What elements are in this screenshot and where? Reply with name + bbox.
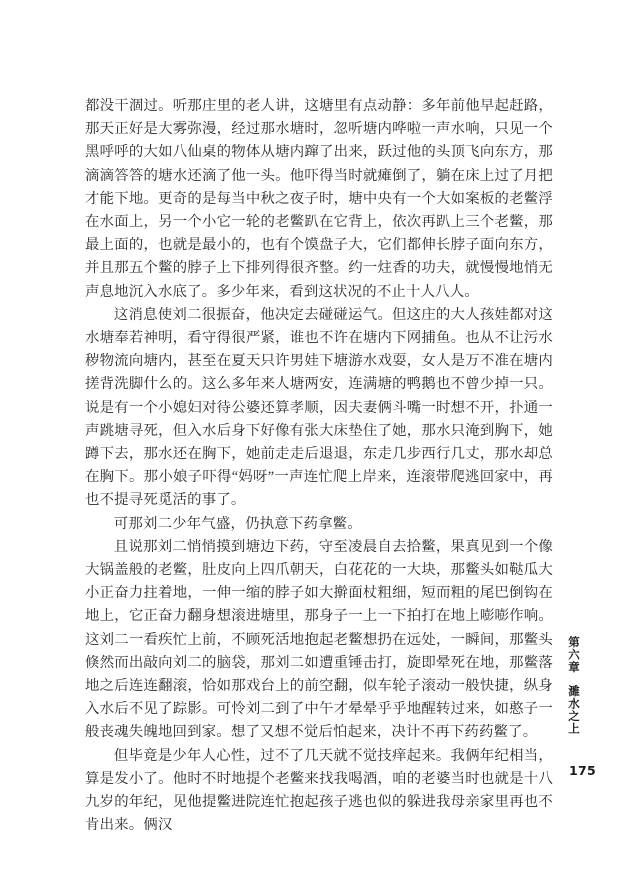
body-paragraph: 这消息使刘二很振奋，他决定去碰碰运气。但这庄的大人孩娃都对这水塘奉若神明，看守得…: [85, 304, 553, 513]
body-paragraph: 且说那刘二悄悄摸到塘边下药，守至凌晨自去拾鳖，果真见到一个像大锅盖般的老鳖，肚皮…: [85, 536, 553, 745]
body-paragraph: 可那刘二少年气盛，仍执意下药拿鳖。: [85, 513, 553, 536]
chapter-title: 濉水之上: [566, 685, 582, 735]
chapter-label: 第六章: [566, 636, 582, 674]
page-number: 175: [569, 763, 596, 778]
body-paragraph: 都没干涸过。听那庄里的老人讲，这塘里有点动静：多年前他早起赶路，那天正好是大雾弥…: [85, 95, 553, 304]
body-paragraph: 但毕竟是少年人心性，过不了几天就不觉技痒起来。我俩年纪相当，算是发小了。他时不时…: [85, 745, 553, 838]
book-page: 都没干涸过。听那庄里的老人讲，这塘里有点动静：多年前他早起赶路，那天正好是大雾弥…: [0, 0, 634, 891]
body-text: 都没干涸过。听那庄里的老人讲，这塘里有点动静：多年前他早起赶路，那天正好是大雾弥…: [85, 95, 553, 838]
page-margin-sidebar: 第六章 濉水之上 175: [562, 0, 602, 891]
